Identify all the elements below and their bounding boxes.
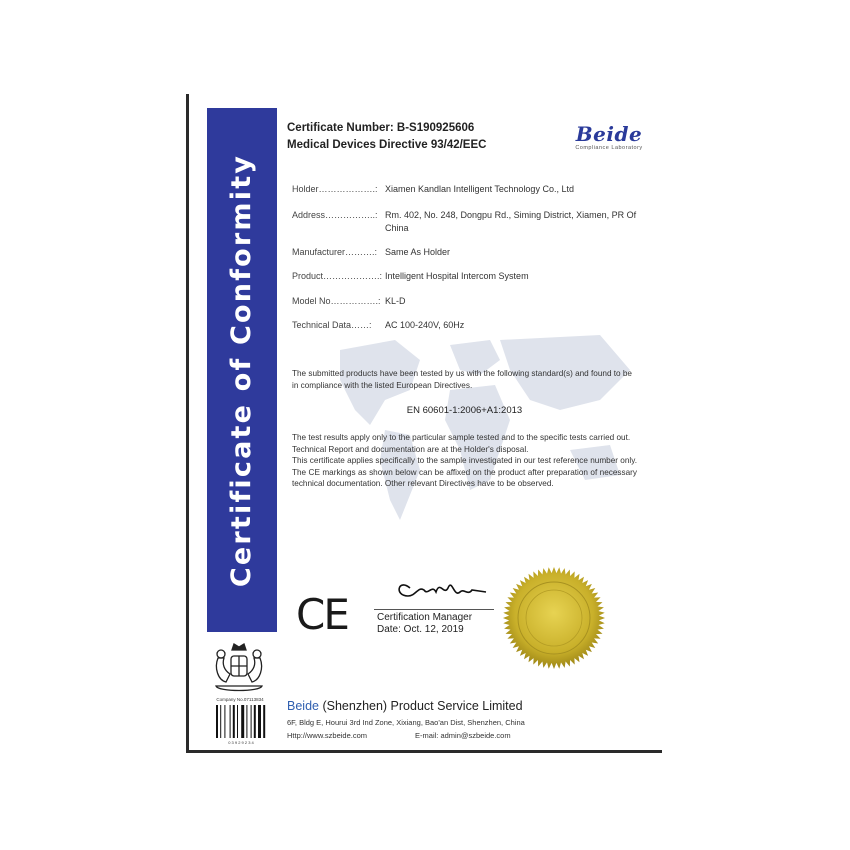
disclaimer-2: This certificate applies specifically to…	[292, 455, 637, 490]
field-value: Intelligent Hospital Intercom System	[385, 270, 645, 283]
signature-line	[374, 609, 494, 610]
barcode: 0 3 9 2 9 2 3 4	[215, 705, 267, 745]
website-link[interactable]: Http://www.szbeide.com	[287, 731, 367, 740]
ce-mark: CE	[296, 590, 348, 639]
gold-seal-icon	[502, 566, 606, 670]
beide-logo: Beide Compliance Laboratory	[564, 124, 654, 151]
royal-crest-icon	[210, 640, 268, 696]
field-label: Product……………….:	[292, 270, 385, 283]
svg-text:0 3 9 2 9 2 3 4: 0 3 9 2 9 2 3 4	[228, 740, 254, 745]
standard: EN 60601-1:2006+A1:2013	[292, 405, 637, 416]
signature-block: Certification Manager Date: Oct. 12, 201…	[377, 612, 472, 636]
field-label: Model No…………….:	[292, 295, 385, 308]
field-label: Address……………..:	[292, 209, 385, 235]
compliance-text: The submitted products have been tested …	[292, 368, 637, 391]
field-product: Product……………….: Intelligent Hospital Int…	[292, 270, 645, 283]
issuer-rest: (Shenzhen) Product Service Limited	[319, 699, 523, 713]
logo-subtitle: Compliance Laboratory	[564, 145, 654, 151]
certificate-number: Certificate Number: B-S190925606	[287, 120, 486, 137]
issuer-address: 6F, Bldg E, Hourui 3rd Ind Zone, Xixiang…	[287, 716, 525, 729]
field-value: Same As Holder	[385, 246, 645, 259]
company-number: Company No.07113834	[207, 697, 273, 702]
field-label: Holder……………….:	[292, 183, 385, 196]
field-label: Manufacturer……….:	[292, 246, 385, 259]
field-holder: Holder……………….: Xiamen Kandlan Intelligen…	[292, 183, 645, 196]
logo-name: Beide	[564, 124, 654, 144]
signature-title: Certification Manager	[377, 612, 472, 624]
field-address: Address……………..: Rm. 402, No. 248, Dongpu…	[292, 209, 645, 235]
issuer-name: Beide (Shenzhen) Product Service Limited	[287, 699, 523, 713]
field-manufacturer: Manufacturer……….: Same As Holder	[292, 246, 645, 259]
disclaimer-1: The test results apply only to the parti…	[292, 432, 637, 455]
field-value: Rm. 402, No. 248, Dongpu Rd., Siming Dis…	[385, 209, 645, 235]
issuer-contact: 6F, Bldg E, Hourui 3rd Ind Zone, Xixiang…	[287, 716, 525, 742]
certificate-header: Certificate Number: B-S190925606 Medical…	[287, 120, 486, 154]
issue-date: Date: Oct. 12, 2019	[377, 624, 472, 636]
email-link[interactable]: E-mail: admin@szbeide.com	[415, 731, 511, 740]
field-value: Xiamen Kandlan Intelligent Technology Co…	[385, 183, 645, 196]
signature	[390, 574, 490, 604]
side-title-band: Certificate of Conformity	[207, 108, 277, 632]
side-title: Certificate of Conformity	[227, 153, 258, 586]
field-model: Model No…………….: KL-D	[292, 295, 645, 308]
field-value: KL-D	[385, 295, 645, 308]
directive: Medical Devices Directive 93/42/EEC	[287, 137, 486, 154]
issuer-brand: Beide	[287, 699, 319, 713]
